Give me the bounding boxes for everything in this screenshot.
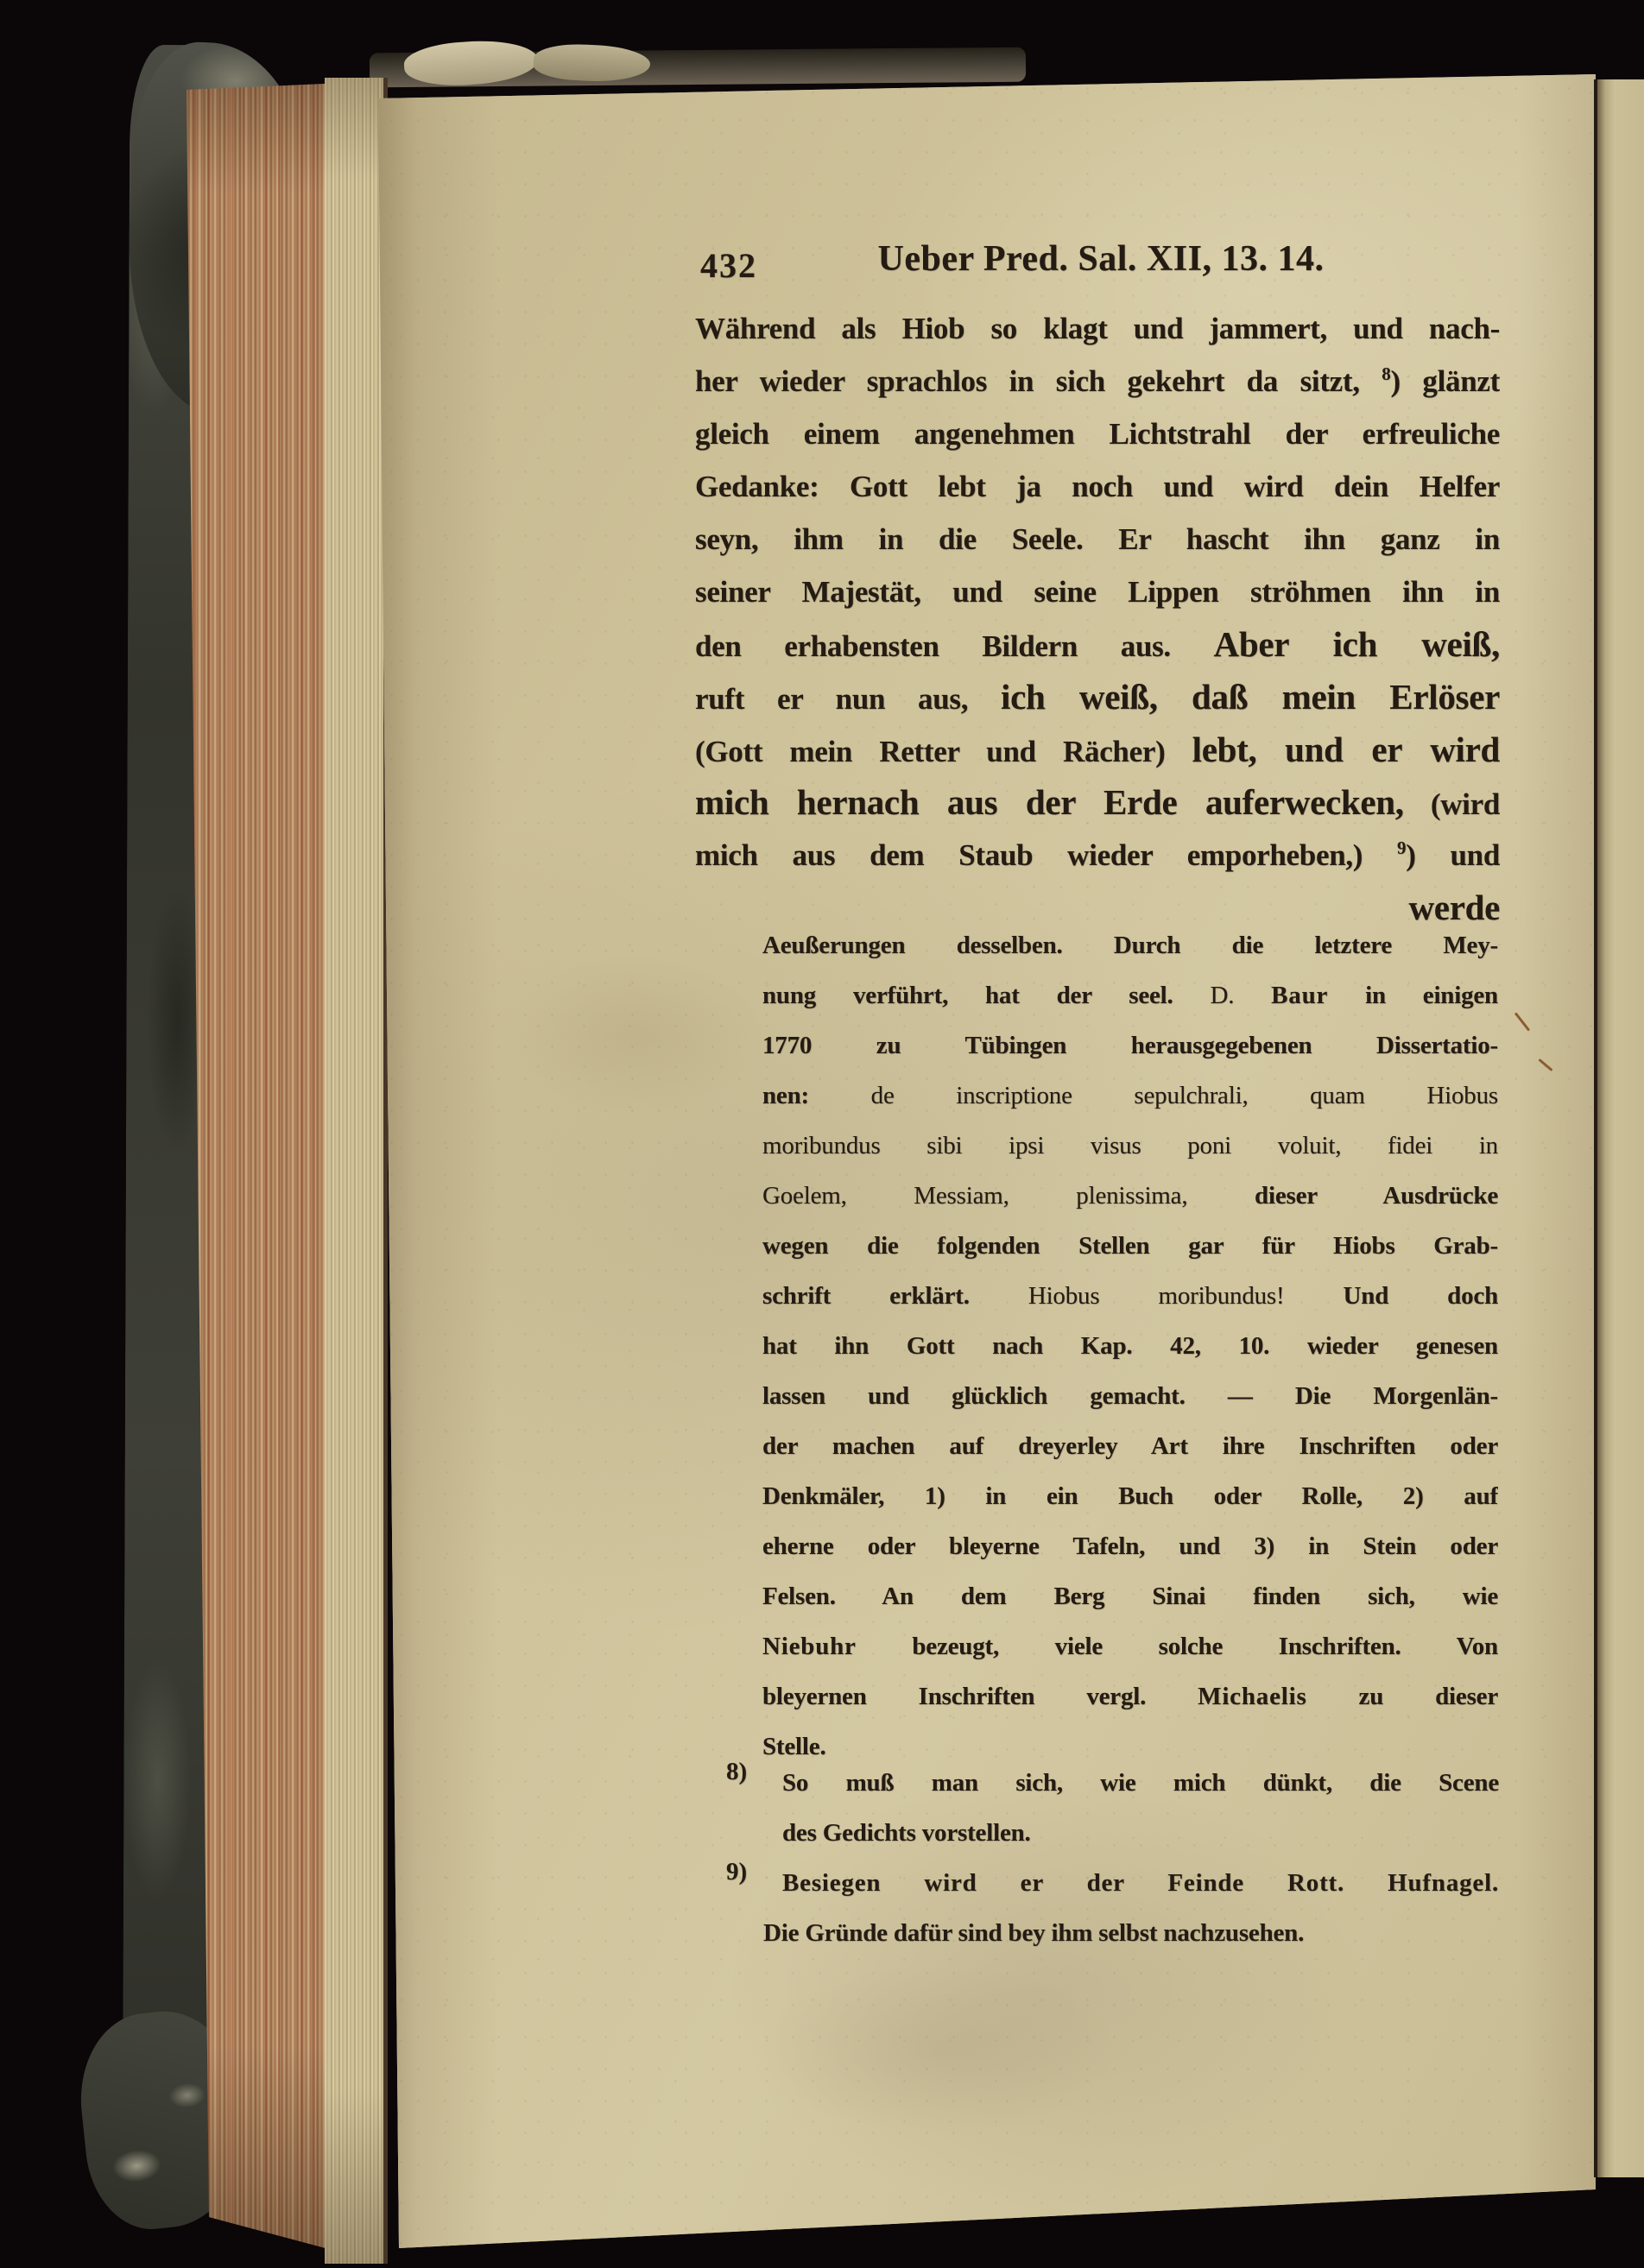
body-line: (Gott mein Retter und Rächer) lebt, und … xyxy=(695,723,1500,776)
footnote-line: moribundus sibi ipsi visus poni voluit, … xyxy=(762,1121,1498,1171)
footnote-9: Besiegen wird er der Feinde Rott. Hufnag… xyxy=(782,1858,1499,1958)
footnote-line: Besiegen wird er der Feinde Rott. Hufnag… xyxy=(782,1858,1499,1908)
footnote-line: nen: de inscriptione sepulchrali, quam H… xyxy=(762,1071,1498,1121)
footnote-8-marker: 8) xyxy=(726,1758,747,1786)
footnote-line: des Gedichts vorstellen. xyxy=(782,1808,1499,1858)
footnote-line: schrift erklärt. Hiobus moribundus! Und … xyxy=(762,1271,1498,1321)
footnote-line: eherne oder bleyerne Tafeln, und 3) in S… xyxy=(762,1521,1498,1571)
footnote-line: Felsen. An dem Berg Sinai finden sich, w… xyxy=(762,1571,1498,1621)
footnote-line: Niebuhr bezeugt, viele solche Inschrifte… xyxy=(762,1621,1498,1671)
footnote-line: 1770 zu Tübingen herausgegebenen Dissert… xyxy=(762,1020,1498,1071)
footnote-line: bleyernen Inschriften vergl. Michaelis z… xyxy=(762,1671,1498,1722)
body-line: mich aus dem Staub wieder emporheben,) 9… xyxy=(695,829,1500,881)
footnote-line: Goelem, Messiam, plenissima, dieser Ausd… xyxy=(762,1171,1498,1221)
footnote-9-marker: 9) xyxy=(726,1858,747,1886)
footnote-line: Denkmäler, 1) in ein Buch oder Rolle, 2)… xyxy=(762,1471,1498,1521)
footnote-8: So muß man sich, wie mich dünkt, die Sce… xyxy=(782,1758,1499,1858)
body-line: Während als Hiob so klagt und jammert, u… xyxy=(695,302,1500,355)
footnote-line: Aeußerungen desselben. Durch die letzter… xyxy=(762,920,1498,970)
footnote-line: Die Gründe dafür sind bey ihm selbst nac… xyxy=(763,1908,1499,1958)
running-title: Ueber Pred. Sal. XII, 13. 14. xyxy=(833,238,1369,280)
body-line: mich hernach aus der Erde auferwecken, (… xyxy=(695,776,1500,829)
footnote-line: wegen die folgenden Stellen gar für Hiob… xyxy=(762,1221,1498,1271)
footnote-line: nung verführt, hat der seel. D. Baur in … xyxy=(762,970,1498,1020)
body-text: Während als Hiob so klagt und jammert, u… xyxy=(695,302,1500,934)
footnote-line: So muß man sich, wie mich dünkt, die Sce… xyxy=(782,1758,1499,1808)
body-line: her wieder sprachlos in sich gekehrt da … xyxy=(695,355,1500,407)
footnote-line: hat ihn Gott nach Kap. 42, 10. wieder ge… xyxy=(762,1321,1498,1371)
page-header: 432 Ueber Pred. Sal. XII, 13. 14. xyxy=(695,238,1500,294)
page-number: 432 xyxy=(700,245,757,286)
page-text: 432 Ueber Pred. Sal. XII, 13. 14. Währen… xyxy=(0,0,1644,2268)
body-line: gleich einem angenehmen Lichtstrahl der … xyxy=(695,407,1500,460)
footnote-continuation: Aeußerungen desselben. Durch die letzter… xyxy=(762,920,1498,1772)
body-line: seiner Majestät, und seine Lippen ströhm… xyxy=(695,565,1500,618)
body-line: den erhabensten Bildern aus. Aber ich we… xyxy=(695,618,1500,671)
footnote-line: lassen und glücklich gemacht. — Die Morg… xyxy=(762,1371,1498,1421)
body-line: seyn, ihm in die Seele. Er hascht ihn ga… xyxy=(695,513,1500,565)
book-scan: 432 Ueber Pred. Sal. XII, 13. 14. Währen… xyxy=(0,0,1644,2268)
body-line: Gedanke: Gott lebt ja noch und wird dein… xyxy=(695,460,1500,513)
body-line: ruft er nun aus, ich weiß, daß mein Erlö… xyxy=(695,671,1500,723)
footnote-line: der machen auf dreyerley Art ihre Inschr… xyxy=(762,1421,1498,1471)
